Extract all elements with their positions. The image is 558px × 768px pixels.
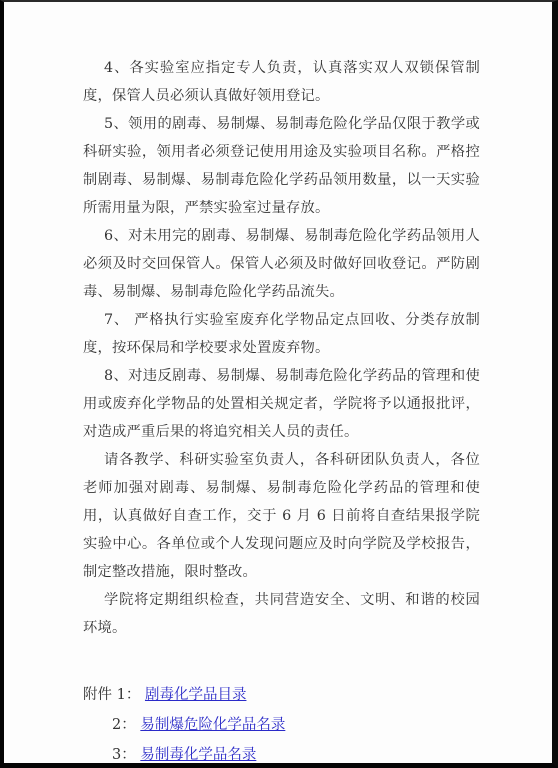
paragraph-closing: 学院将定期组织检查，共同营造安全、文明、和谐的校园环境。 bbox=[83, 586, 480, 642]
attachment-label: 2： bbox=[112, 717, 136, 733]
attachment-label: 附件 1： bbox=[83, 687, 140, 703]
paragraph-self-check-notice: 请各教学、科研实验室负责人，各科研团队负责人，各位老师加强对剧毒、易制爆、易制毒… bbox=[83, 446, 480, 586]
attachment-link-toxic-catalog[interactable]: 剧毒化学品目录 bbox=[145, 687, 247, 703]
document-page: 4、各实验室应指定专人负责，认真落实双人双锁保管制度，保管人员必须认真做好领用登… bbox=[0, 0, 558, 768]
paragraph-8: 8、对违反剧毒、易制爆、易制毒危险化学药品的管理和使用或废弃化学物品的处置相关规… bbox=[83, 362, 480, 446]
attachments-section: 附件 1： 剧毒化学品目录 2： 易制爆危险化学品名录 3： 易制毒化学品名录 bbox=[83, 680, 480, 768]
attachment-row: 附件 1： 剧毒化学品目录 bbox=[83, 680, 480, 710]
paragraph-5: 5、领用的剧毒、易制爆、易制毒危险化学品仅限于教学或科研实验，领用者必须登记使用… bbox=[83, 110, 480, 222]
attachment-row: 3： 易制毒化学品名录 bbox=[83, 740, 480, 768]
paragraph-7: 7、 严格执行实验室废弃化学物品定点回收、分类存放制度，按环保局和学校要求处置废… bbox=[83, 306, 480, 362]
attachment-link-explosive-precursor-list[interactable]: 易制爆危险化学品名录 bbox=[140, 717, 285, 733]
attachment-label: 3： bbox=[112, 747, 136, 763]
paragraph-6: 6、对未用完的剧毒、易制爆、易制毒危险化学药品领用人必须及时交回保管人。保管人必… bbox=[83, 222, 480, 306]
attachment-row: 2： 易制爆危险化学品名录 bbox=[83, 710, 480, 740]
document-content: 4、各实验室应指定专人负责，认真落实双人双锁保管制度，保管人员必须认真做好领用登… bbox=[4, 2, 552, 768]
paragraph-4: 4、各实验室应指定专人负责，认真落实双人双锁保管制度，保管人员必须认真做好领用登… bbox=[83, 54, 480, 110]
attachment-link-drug-precursor-list[interactable]: 易制毒化学品名录 bbox=[140, 747, 256, 763]
